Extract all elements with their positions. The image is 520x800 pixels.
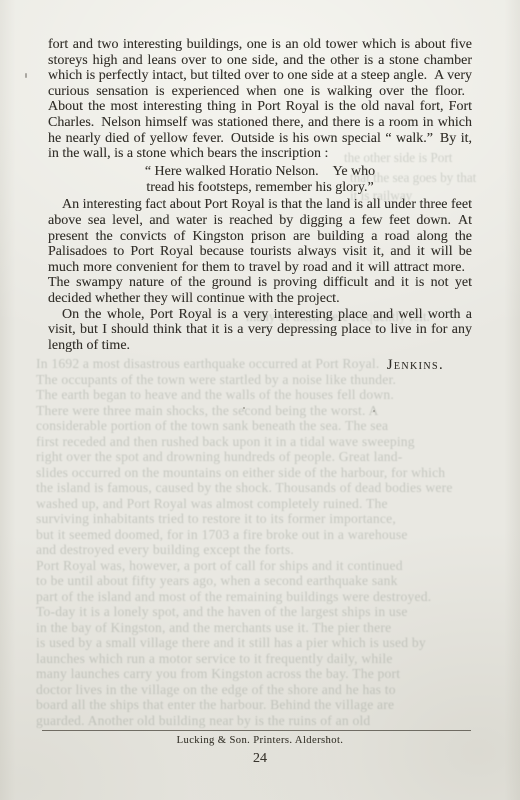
paragraph-conclusion: On the whole, Port Royal is a very inter… xyxy=(48,307,472,354)
page-text: fort and two interesting buildings, one … xyxy=(48,37,472,374)
page-number: 24 xyxy=(0,751,520,767)
ghost-line: surviving inhabitants tried to restore i… xyxy=(36,511,482,527)
ink-speck xyxy=(243,407,245,409)
ghost-line: guarded. Another old building near by is… xyxy=(36,713,482,729)
ghost-line: in the bay of Kingston, and the merchant… xyxy=(36,620,482,636)
ghost-line: many launches carry you from Kingston ac… xyxy=(36,666,482,682)
ghost-line: board all the ships that enter the harbo… xyxy=(36,697,482,713)
ghost-text-block: In 1692 a most disastrous earthquake occ… xyxy=(36,356,482,728)
ink-speck xyxy=(373,410,375,412)
ghost-line: but it seemed doomed, for in 1703 a fire… xyxy=(36,527,482,543)
footer-rule xyxy=(42,730,471,731)
quote-line-2: tread his footsteps, remember his glory.… xyxy=(48,180,472,196)
author-signature: Jenkins. xyxy=(48,358,472,374)
printer-imprint: Lucking & Son. Printers. Aldershot. xyxy=(0,735,520,746)
ghost-line: and destroyed every building except the … xyxy=(36,542,482,558)
ghost-line: slides occurred on the mountains on eith… xyxy=(36,465,482,481)
ghost-line: washed up, and Port Royal was almost com… xyxy=(36,496,482,512)
ghost-line: to be until about fifty years ago, when … xyxy=(36,573,482,589)
ink-speck xyxy=(25,73,27,78)
ghost-line: part of the island and most of the remai… xyxy=(36,589,482,605)
book-page: the other side is Port that the sea goes… xyxy=(0,0,520,800)
paragraph-fort-description: fort and two interesting buildings, one … xyxy=(48,37,472,162)
paragraph-sea-level: An interesting fact about Port Royal is … xyxy=(48,197,472,306)
quote-line-1: “ Here walked Horatio Nelson. Ye who xyxy=(48,164,472,180)
ghost-line: Port Royal was, however, a port of call … xyxy=(36,558,482,574)
ghost-line: right over the spot and drowning hundred… xyxy=(36,449,482,465)
nelson-inscription-quote: “ Here walked Horatio Nelson. Ye who tre… xyxy=(48,164,472,196)
ghost-line: doctor lives in the village on the edge … xyxy=(36,682,482,698)
ghost-line: launches which run a motor service to it… xyxy=(36,651,482,667)
ghost-line: is used by a small village there and it … xyxy=(36,635,482,651)
ghost-line: There were three main shocks, the second… xyxy=(36,403,482,419)
ghost-line: The earth began to heave and the walls o… xyxy=(36,387,482,403)
ghost-line: To-day it is a lonely spot, and the have… xyxy=(36,604,482,620)
ghost-line: considerable portion of the town sank be… xyxy=(36,418,482,434)
ghost-line: first receded and then rushed back upon … xyxy=(36,434,482,450)
ghost-line: the island is famous, caused by the shoc… xyxy=(36,480,482,496)
